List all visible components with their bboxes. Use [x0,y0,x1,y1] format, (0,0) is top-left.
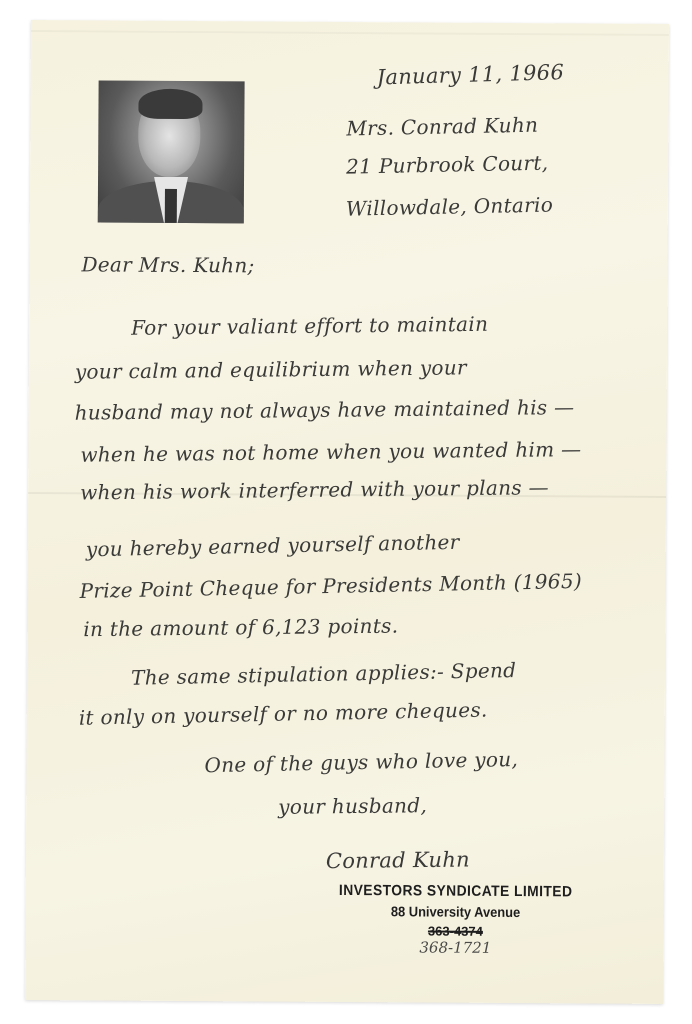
company-letterhead: INVESTORS SYNDICATE LIMITED 88 Universit… [285,882,625,958]
company-name: INVESTORS SYNDICATE LIMITED [299,882,612,901]
body-line: husband may not always have maintained h… [75,395,575,425]
body-line: when his work interferred with your plan… [80,475,549,504]
signature: Conrad Kuhn [326,848,470,874]
body-line: For your valiant effort to maintain [131,312,488,340]
body-line: it only on yourself or no more cheques. [79,698,488,730]
body-line: The same stipulation applies:- Spend [131,658,517,690]
body-line: you hereby earned yourself another [86,530,460,561]
body-line: in the amount of 6,123 points. [83,614,398,642]
body-line: your calm and equilibrium when your [75,355,467,383]
salutation: Dear Mrs. Kuhn; [81,252,254,277]
letter-date: January 11, 1966 [376,60,564,89]
recipient-city: Willowdale, Ontario [346,193,554,221]
recipient-name: Mrs. Conrad Kuhn [346,113,538,141]
handwritten-phone-number: 368-1721 [285,938,625,958]
portrait-photo [98,80,245,223]
closing-line: One of the guys who love you, [204,747,518,777]
recipient-street: 21 Purbrook Court, [346,151,549,179]
letter-paper: January 11, 1966 Mrs. Conrad Kuhn 21 Pur… [25,20,669,1004]
closing-line: your husband, [278,793,427,819]
company-address: 88 University Avenue [299,903,612,921]
paper-fold-line [31,30,669,36]
body-line: when he was not home when you wanted him… [80,437,581,467]
body-line: Prize Point Cheque for Presidents Month … [79,569,582,603]
